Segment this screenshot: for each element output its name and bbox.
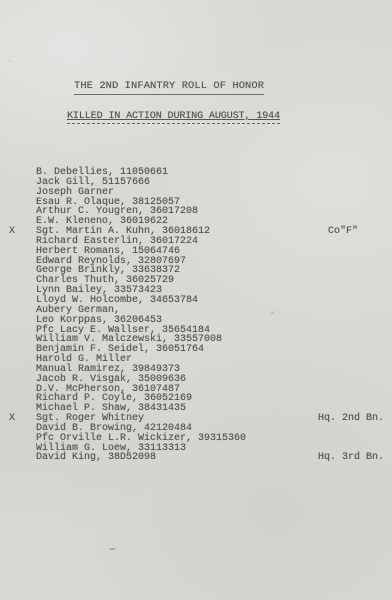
- document-title: THE 2ND INFANTRY ROLL OF HONOR: [74, 80, 264, 95]
- document-subtitle: KILLED IN ACTION DURING AUGUST, 1944: [67, 111, 280, 124]
- unit-note: Hq. 2nd Bn.: [318, 414, 384, 424]
- scanned-document-page: THE 2ND INFANTRY ROLL OF HONOR KILLED IN…: [0, 0, 392, 600]
- soldier-entry: David King, 38D52098: [36, 452, 156, 463]
- roll-list: B. Debellies, 11050661Jack Gill, 5115766…: [36, 168, 386, 463]
- stain-mark: [9, 60, 11, 62]
- unit-note: Co"F": [328, 227, 358, 237]
- kia-x-marker: X: [9, 414, 15, 424]
- list-item: David King, 38D52098Hq. 3rd Bn.: [36, 453, 386, 463]
- stain-mark: [109, 548, 116, 551]
- unit-note: Hq. 3rd Bn.: [318, 453, 384, 463]
- kia-x-marker: X: [9, 227, 15, 237]
